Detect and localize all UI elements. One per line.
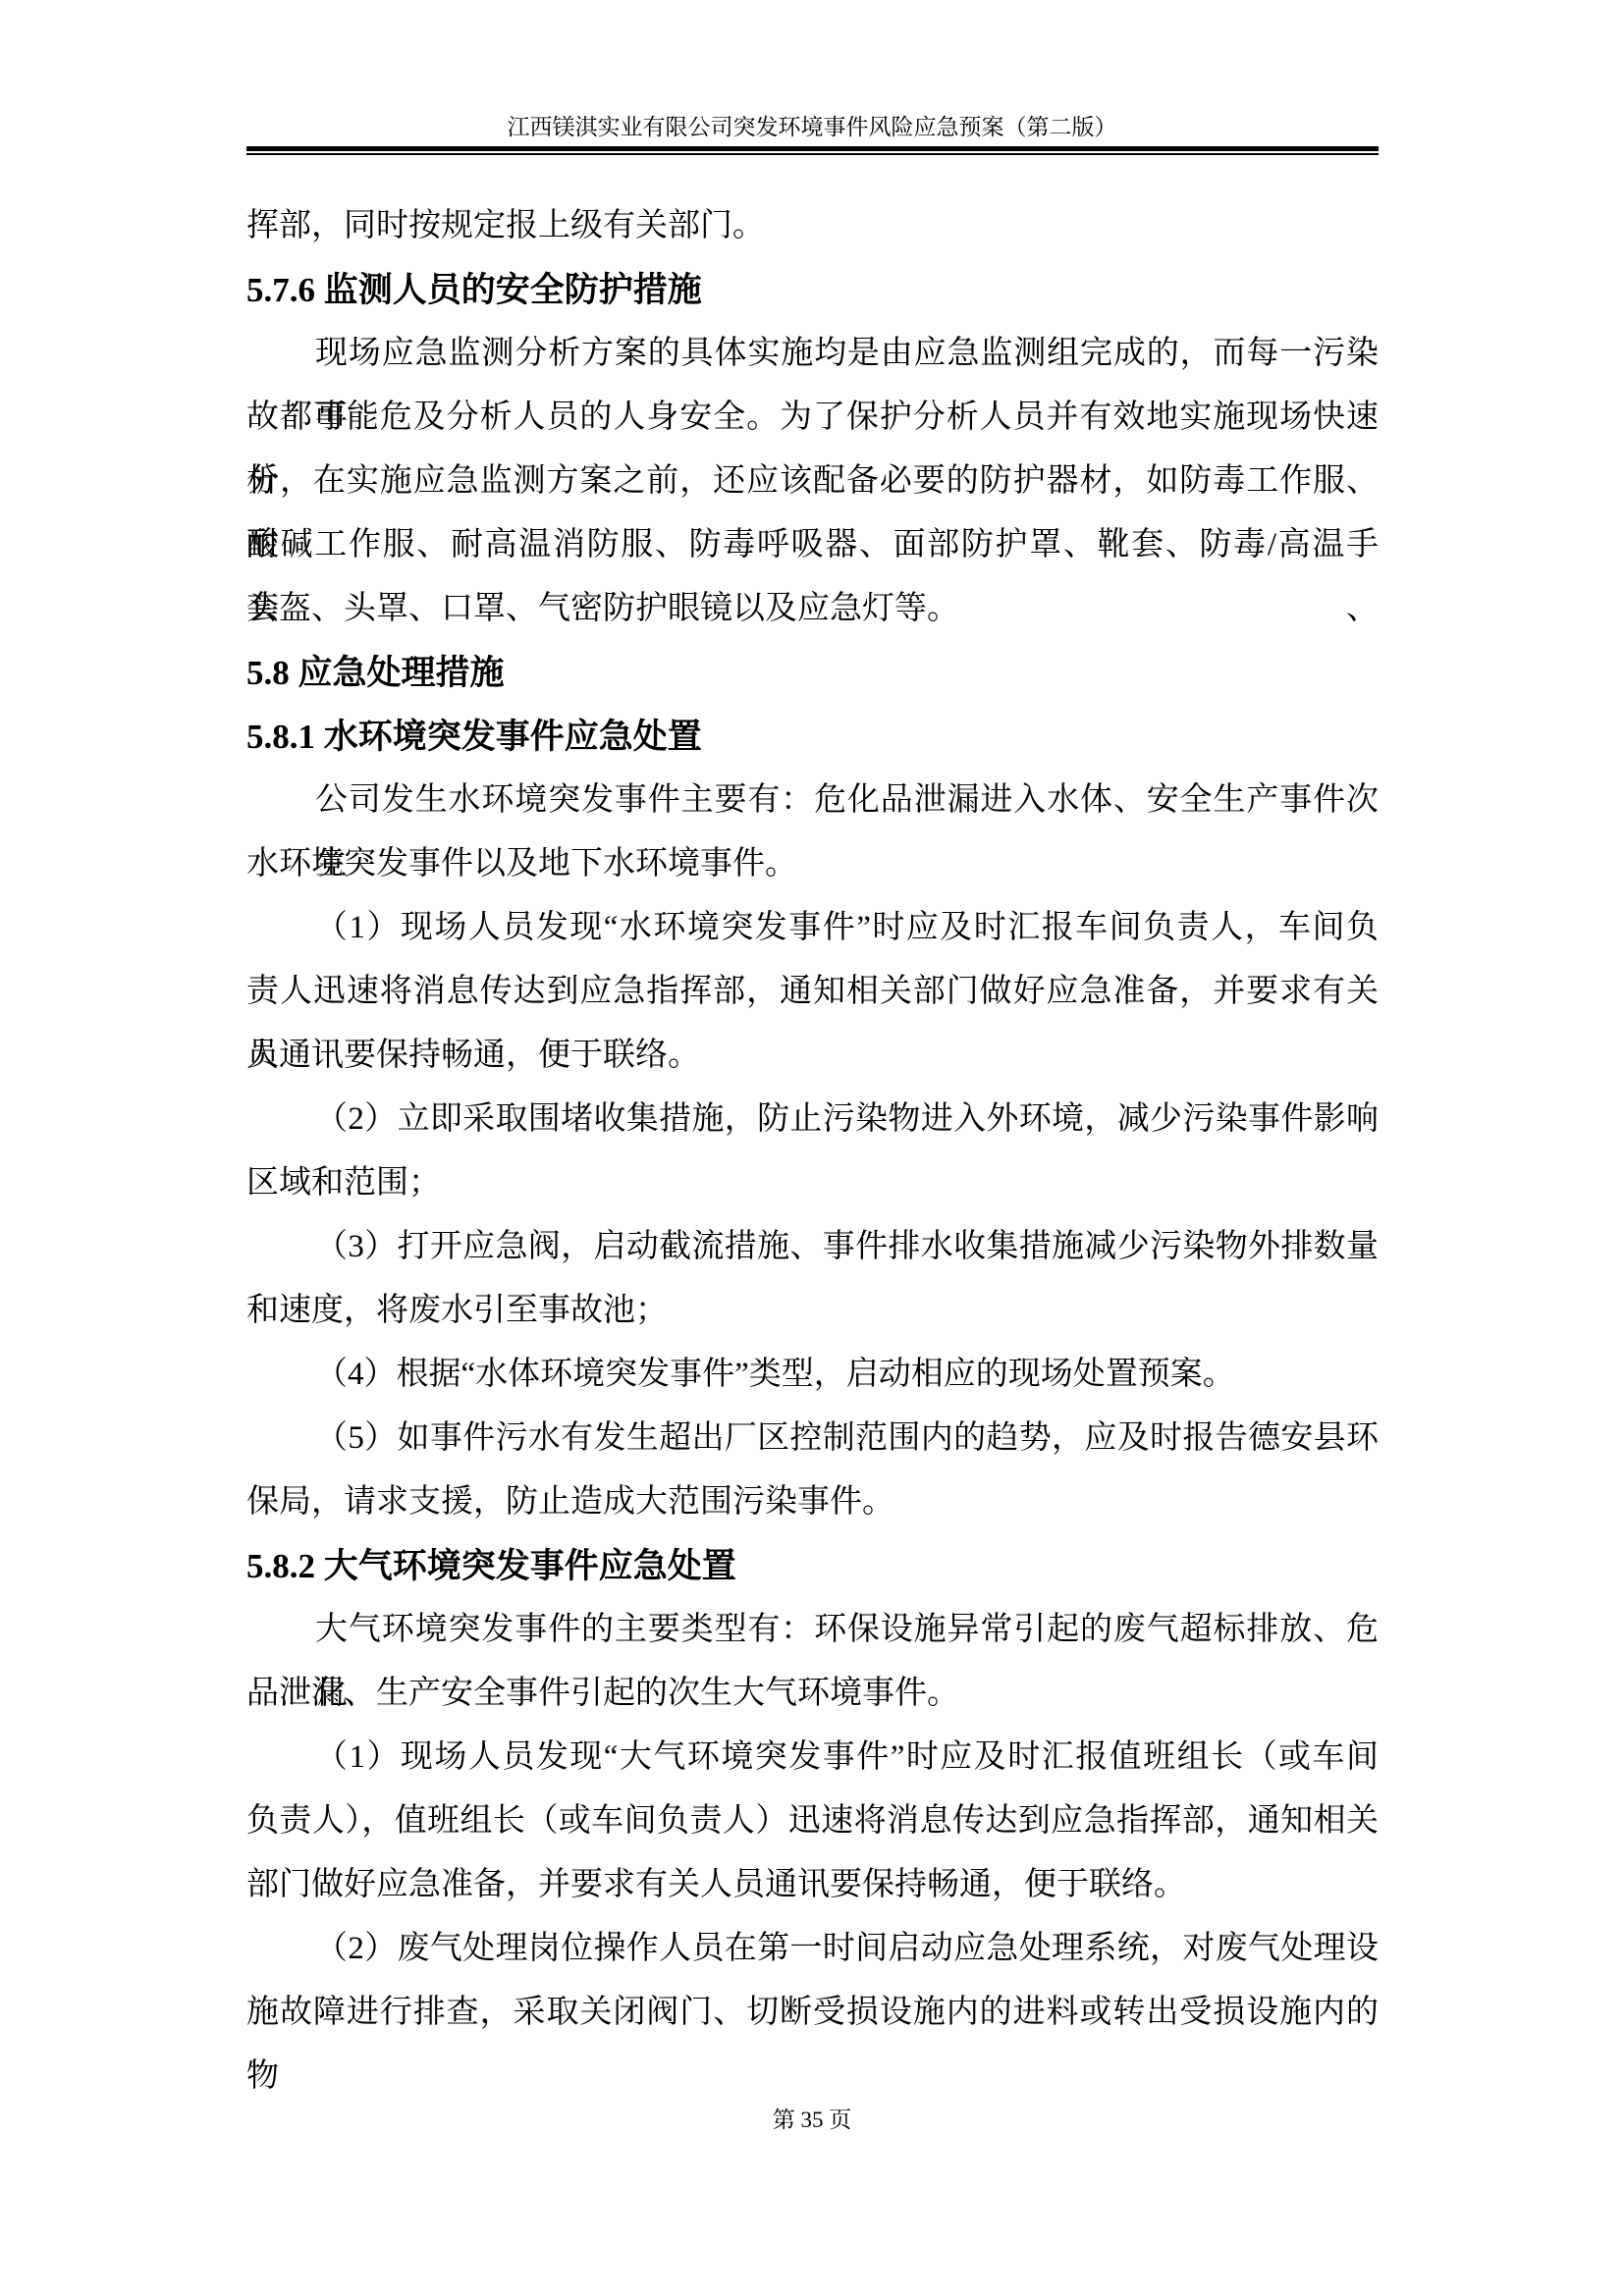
section-heading: 5.8.1 水环境突发事件应急处置 xyxy=(246,705,1379,769)
text-line: 公司发生水环境突发事件主要有：危化品泄漏进入水体、安全生产事件次生 xyxy=(246,769,1379,832)
text-line: （1）现场人员发现“水环境突发事件”时应及时汇报车间负责人，车间负 xyxy=(246,896,1379,960)
text-line: 水环境突发事件以及地下水环境事件。 xyxy=(246,832,1379,896)
section-heading: 5.8 应急处理措施 xyxy=(246,641,1379,705)
text-line: 部门做好应急准备，并要求有关人员通讯要保持畅通，便于联络。 xyxy=(246,1853,1379,1917)
document-page: 江西镁淇实业有限公司突发环境事件风险应急预案（第二版） 挥部，同时按规定报上级有… xyxy=(0,0,1624,2296)
text-line: （4）根据“水体环境突发事件”类型，启动相应的现场处置预案。 xyxy=(246,1343,1379,1407)
text-line: 区域和范围； xyxy=(246,1151,1379,1215)
text-line: （3）打开应急阀，启动截流措施、事件排水收集措施减少污染物外排数量 xyxy=(246,1215,1379,1279)
text-line: 大气环境突发事件的主要类型有：环保设施异常引起的废气超标排放、危化 xyxy=(246,1598,1379,1662)
text-line: 品泄漏、生产安全事件引起的次生大气环境事件。 xyxy=(246,1662,1379,1726)
document-body: 挥部，同时按规定报上级有关部门。5.7.6 监测人员的安全防护措施现场应急监测分… xyxy=(246,194,1379,2045)
text-line: （2）立即采取围堵收集措施，防止污染物进入外环境，减少污染事件影响 xyxy=(246,1088,1379,1151)
text-line: 责人迅速将消息传达到应急指挥部，通知相关部门做好应急准备，并要求有关人 xyxy=(246,960,1379,1024)
text-line: 故都可能危及分析人员的人身安全。为了保护分析人员并有效地实施现场快速分 xyxy=(246,386,1379,450)
page-number-footer: 第 35 页 xyxy=(0,2101,1624,2140)
text-line: 析，在实施应急监测方案之前，还应该配备必要的防护器材，如防毒工作服、耐 xyxy=(246,450,1379,513)
text-line: （5）如事件污水有发生超出厂区控制范围内的趋势，应及时报告德安县环 xyxy=(246,1407,1379,1470)
text-line: 员通讯要保持畅通，便于联络。 xyxy=(246,1024,1379,1088)
text-line: 施故障进行排查，采取关闭阀门、切断受损设施内的进料或转出受损设施内的物 xyxy=(246,1981,1379,2045)
header-rule-thin-line xyxy=(246,153,1379,155)
section-heading: 5.8.2 大气环境突发事件应急处置 xyxy=(246,1534,1379,1598)
text-line: 现场应急监测分析方案的具体实施均是由应急监测组完成的，而每一污染事 xyxy=(246,322,1379,386)
page-header-title: 江西镁淇实业有限公司突发环境事件风险应急预案（第二版） xyxy=(0,110,1624,145)
text-line: （1）现场人员发现“大气环境突发事件”时应及时汇报值班组长（或车间 xyxy=(246,1726,1379,1789)
text-line: 酸碱工作服、耐高温消防服、防毒呼吸器、面部防护罩、靴套、防毒/高温手套、 xyxy=(246,513,1379,577)
text-line: 挥部，同时按规定报上级有关部门。 xyxy=(246,194,1379,258)
section-heading: 5.7.6 监测人员的安全防护措施 xyxy=(246,258,1379,322)
header-rule xyxy=(246,146,1379,155)
text-line: 保局，请求支援，防止造成大范围污染事件。 xyxy=(246,1470,1379,1534)
text-line: 和速度，将废水引至事故池； xyxy=(246,1279,1379,1343)
text-line: （2）废气处理岗位操作人员在第一时间启动应急处理系统，对废气处理设 xyxy=(246,1917,1379,1981)
text-line: 负责人），值班组长（或车间负责人）迅速将消息传达到应急指挥部，通知相关 xyxy=(246,1789,1379,1853)
